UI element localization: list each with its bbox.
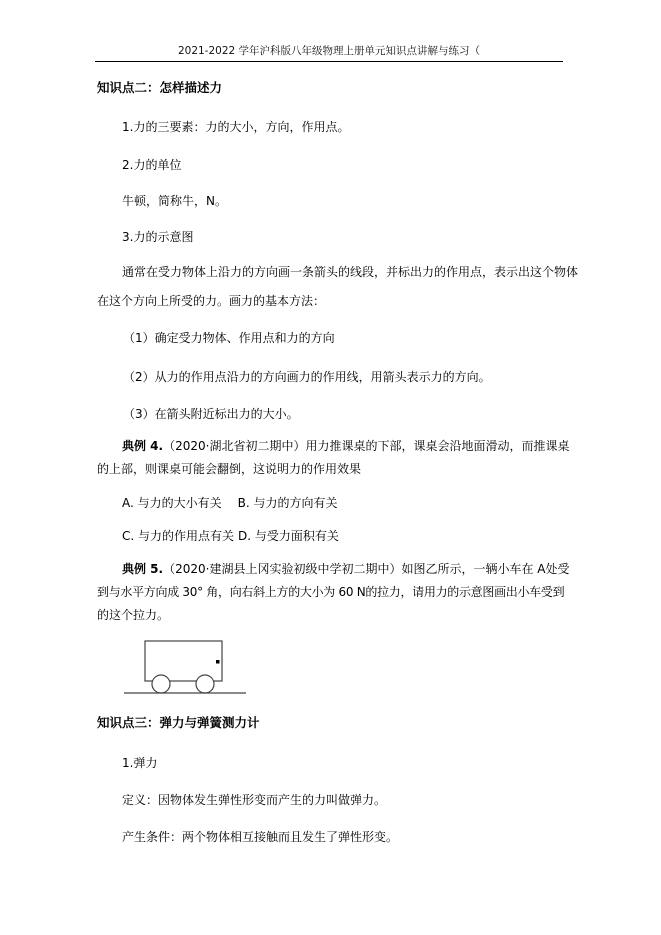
cart-body [145, 641, 222, 681]
item-force-unit: 2.力的单位 [122, 157, 562, 173]
example-5-line-3: 的这个拉力。 [97, 607, 563, 623]
example-5-line-2: 到与水平方向成 30° 角，向右斜上方的大小为 60 N的拉力，请用力的示意图画… [97, 584, 563, 600]
section-heading-2: 知识点二：怎样描述力 [97, 80, 563, 96]
example-5-line-1: 典例 5.（2020·建湖县上冈实验初级中学初二期中）如图乙所示，一辆小车在 A… [122, 561, 563, 577]
paragraph-line-1: 通常在受力物体上沿力的方向画一条箭头的线段，并标出力的作用点，表示出这个物体 [97, 264, 563, 280]
example-4-label: 典例 4. [122, 439, 163, 453]
option-d: D. 与受力面积有关 [238, 529, 339, 543]
example-4-line-1: 典例 4.（2020·湖北省初二期中）用力推课桌的下部，课桌会沿地面滑动，而推课… [122, 438, 563, 454]
option-b: B. 与力的方向有关 [238, 496, 338, 510]
item-force-diagram: 3.力的示意图 [122, 229, 562, 245]
page-header: 2021-2022 学年沪科版八年级物理上册单元知识点讲解与练习（ [95, 44, 563, 58]
condition-text: 产生条件：两个物体相互接触而且发生了弹性形变。 [122, 829, 562, 845]
example-4-line-2: 的上部，则课桌可能会翻倒，这说明力的作用效果 [97, 461, 563, 477]
example-5-question-start: （2020·建湖县上冈实验初级中学初二期中）如图乙所示，一辆小车在 A处受 [163, 562, 569, 576]
option-a: A. 与力的大小有关 [122, 496, 222, 510]
option-c: C. 与力的作用点有关 [122, 529, 234, 543]
unit-text: 牛顿，简称牛，N。 [122, 193, 562, 209]
cart-wheel-right [196, 675, 214, 693]
header-divider [95, 61, 563, 62]
step-3: （3）在箭头附近标出力的大小。 [123, 406, 589, 422]
example-4-options-ab: A. 与力的大小有关B. 与力的方向有关 [122, 495, 588, 511]
paragraph-line-2: 在这个方向上所受的力。画力的基本方法： [97, 293, 563, 309]
example-5-label: 典例 5. [122, 562, 163, 576]
example-4-options-cd: C. 与力的作用点有关D. 与受力面积有关 [122, 528, 588, 544]
item-three-elements: 1.力的三要素：力的大小，方向，作用点。 [122, 119, 562, 135]
example-4-question-start: （2020·湖北省初二期中）用力推课桌的下部，课桌会沿地面滑动，而推课桌 [163, 439, 569, 453]
step-2: （2）从力的作用点沿力的方向画力的作用线，用箭头表示力的方向。 [123, 369, 589, 385]
cart-wheel-left [152, 675, 170, 693]
cart-diagram [120, 636, 250, 698]
step-1: （1）确定受力物体、作用点和力的方向 [123, 330, 589, 346]
item-elastic-force: 1.弹力 [122, 755, 562, 771]
point-a-marker [216, 660, 220, 664]
definition-text: 定义：因物体发生弹性形变而产生的力叫做弹力。 [122, 792, 562, 808]
section-heading-3: 知识点三：弹力与弹簧测力计 [97, 715, 563, 731]
